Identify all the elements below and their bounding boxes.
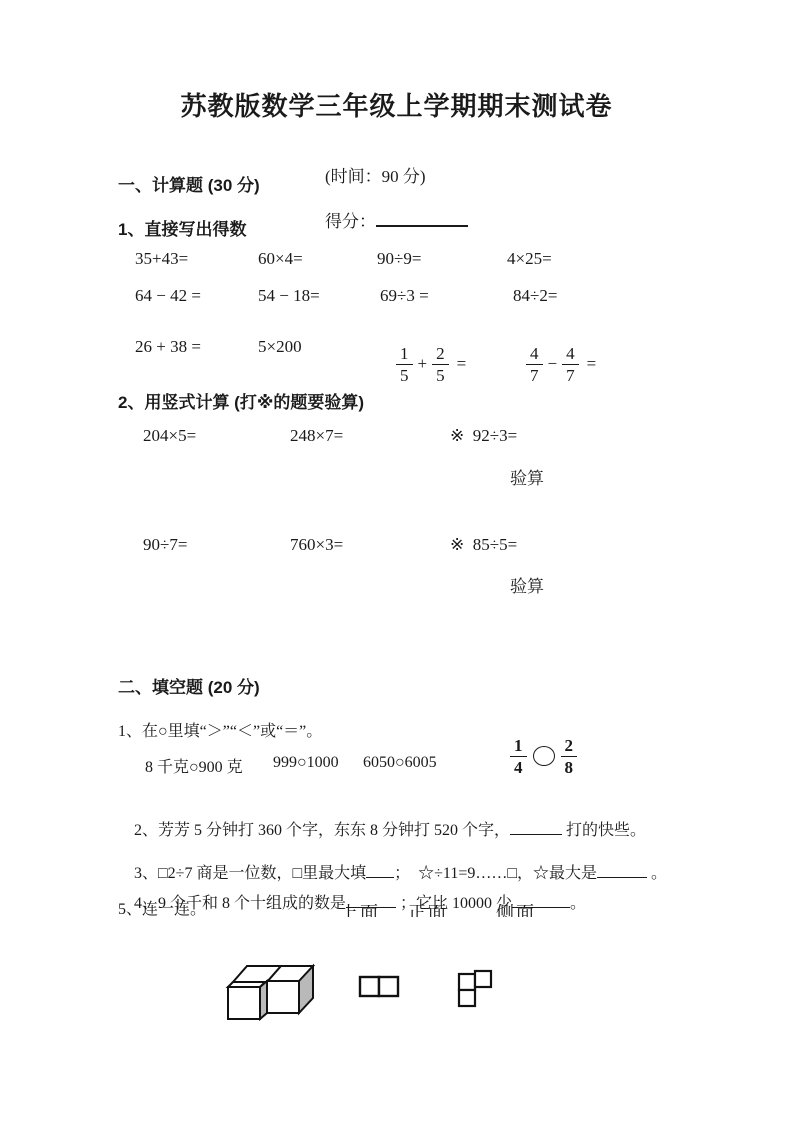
fraction-addition-expression: 15+25= bbox=[377, 324, 466, 404]
comparison-circle bbox=[533, 746, 555, 766]
compare-item: 6050○6005 bbox=[363, 754, 437, 772]
test-paper-page: 苏教版数学三年级上学期期末测试卷 (时间：90 分) 得分： 一、计算题 (30… bbox=[0, 0, 793, 1122]
fraction: 14 bbox=[510, 736, 527, 776]
question-1-text: 1、在○里填“＞”“＜”或“＝”。 bbox=[118, 718, 322, 741]
calc-item: 60×4= bbox=[258, 249, 303, 269]
score-blank-line bbox=[376, 210, 468, 227]
section2-heading: 二、填空题 (20 分) bbox=[118, 673, 260, 698]
vertical-calc-item: 90÷7= bbox=[143, 535, 187, 555]
check-computation-label: 验算 bbox=[510, 464, 544, 489]
calc-item: 84÷2= bbox=[513, 286, 557, 306]
time-limit-label: (时间：90 分) bbox=[325, 167, 426, 186]
vertical-calc-item: 204×5= bbox=[143, 426, 196, 446]
calc-item: 4×25= bbox=[507, 249, 552, 269]
calc-item: 69÷3 = bbox=[380, 286, 429, 306]
section1-q2-heading: 2、用竖式计算 (打※的题要验算) bbox=[118, 388, 364, 413]
check-computation-label: 验算 bbox=[510, 572, 544, 597]
two-square-row-drawing bbox=[358, 975, 400, 998]
calc-item: 54 − 18= bbox=[258, 286, 320, 306]
fraction: 28 bbox=[561, 736, 578, 776]
calc-item: 64 − 42 = bbox=[135, 286, 201, 306]
section1-q1-heading: 1、直接写出得数 bbox=[118, 215, 246, 240]
three-cube-block-figure bbox=[225, 926, 315, 1060]
view-label-top: 上面 bbox=[340, 904, 380, 917]
l-shape-squares-drawing bbox=[457, 969, 495, 1008]
calc-item: 5×200 bbox=[258, 337, 302, 357]
vertical-calc-item-check: ※ 85÷5= bbox=[450, 535, 517, 555]
fraction-subtraction-expression: 47−47= bbox=[507, 324, 596, 404]
answer-blank bbox=[597, 863, 647, 878]
vertical-calc-item-check: ※ 92÷3= bbox=[450, 426, 517, 446]
calc-item: 90÷9= bbox=[377, 249, 421, 269]
compare-item: 999○1000 bbox=[273, 754, 339, 772]
cube-stack-drawing bbox=[225, 962, 315, 1024]
fraction: 25 bbox=[432, 344, 449, 384]
fraction: 47 bbox=[526, 344, 543, 384]
question-5-text: 5、连一连。 bbox=[118, 896, 206, 919]
page-title: 苏教版数学三年级上学期期末测试卷 bbox=[0, 86, 793, 123]
score-label: 得分： bbox=[325, 212, 376, 231]
compare-item: 8 千克○900 克 bbox=[145, 754, 243, 777]
answer-blank bbox=[510, 820, 562, 835]
two-square-row-figure bbox=[358, 939, 400, 1034]
fraction: 15 bbox=[396, 344, 413, 384]
fraction: 47 bbox=[562, 344, 579, 384]
l-shape-squares-figure bbox=[457, 933, 495, 1044]
calc-item: 35+43= bbox=[135, 249, 188, 269]
vertical-calc-item: 248×7= bbox=[290, 426, 343, 446]
vertical-calc-item: 760×3= bbox=[290, 535, 343, 555]
view-label-front: 正面 bbox=[408, 904, 448, 917]
view-label-side: 侧面 bbox=[496, 904, 536, 917]
calc-item: 26 + 38 = bbox=[135, 337, 201, 357]
section1-heading: 一、计算题 (30 分) bbox=[118, 171, 260, 196]
header-line: (时间：90 分) 得分： bbox=[308, 142, 468, 252]
fraction-comparison: 1428 bbox=[491, 716, 579, 796]
